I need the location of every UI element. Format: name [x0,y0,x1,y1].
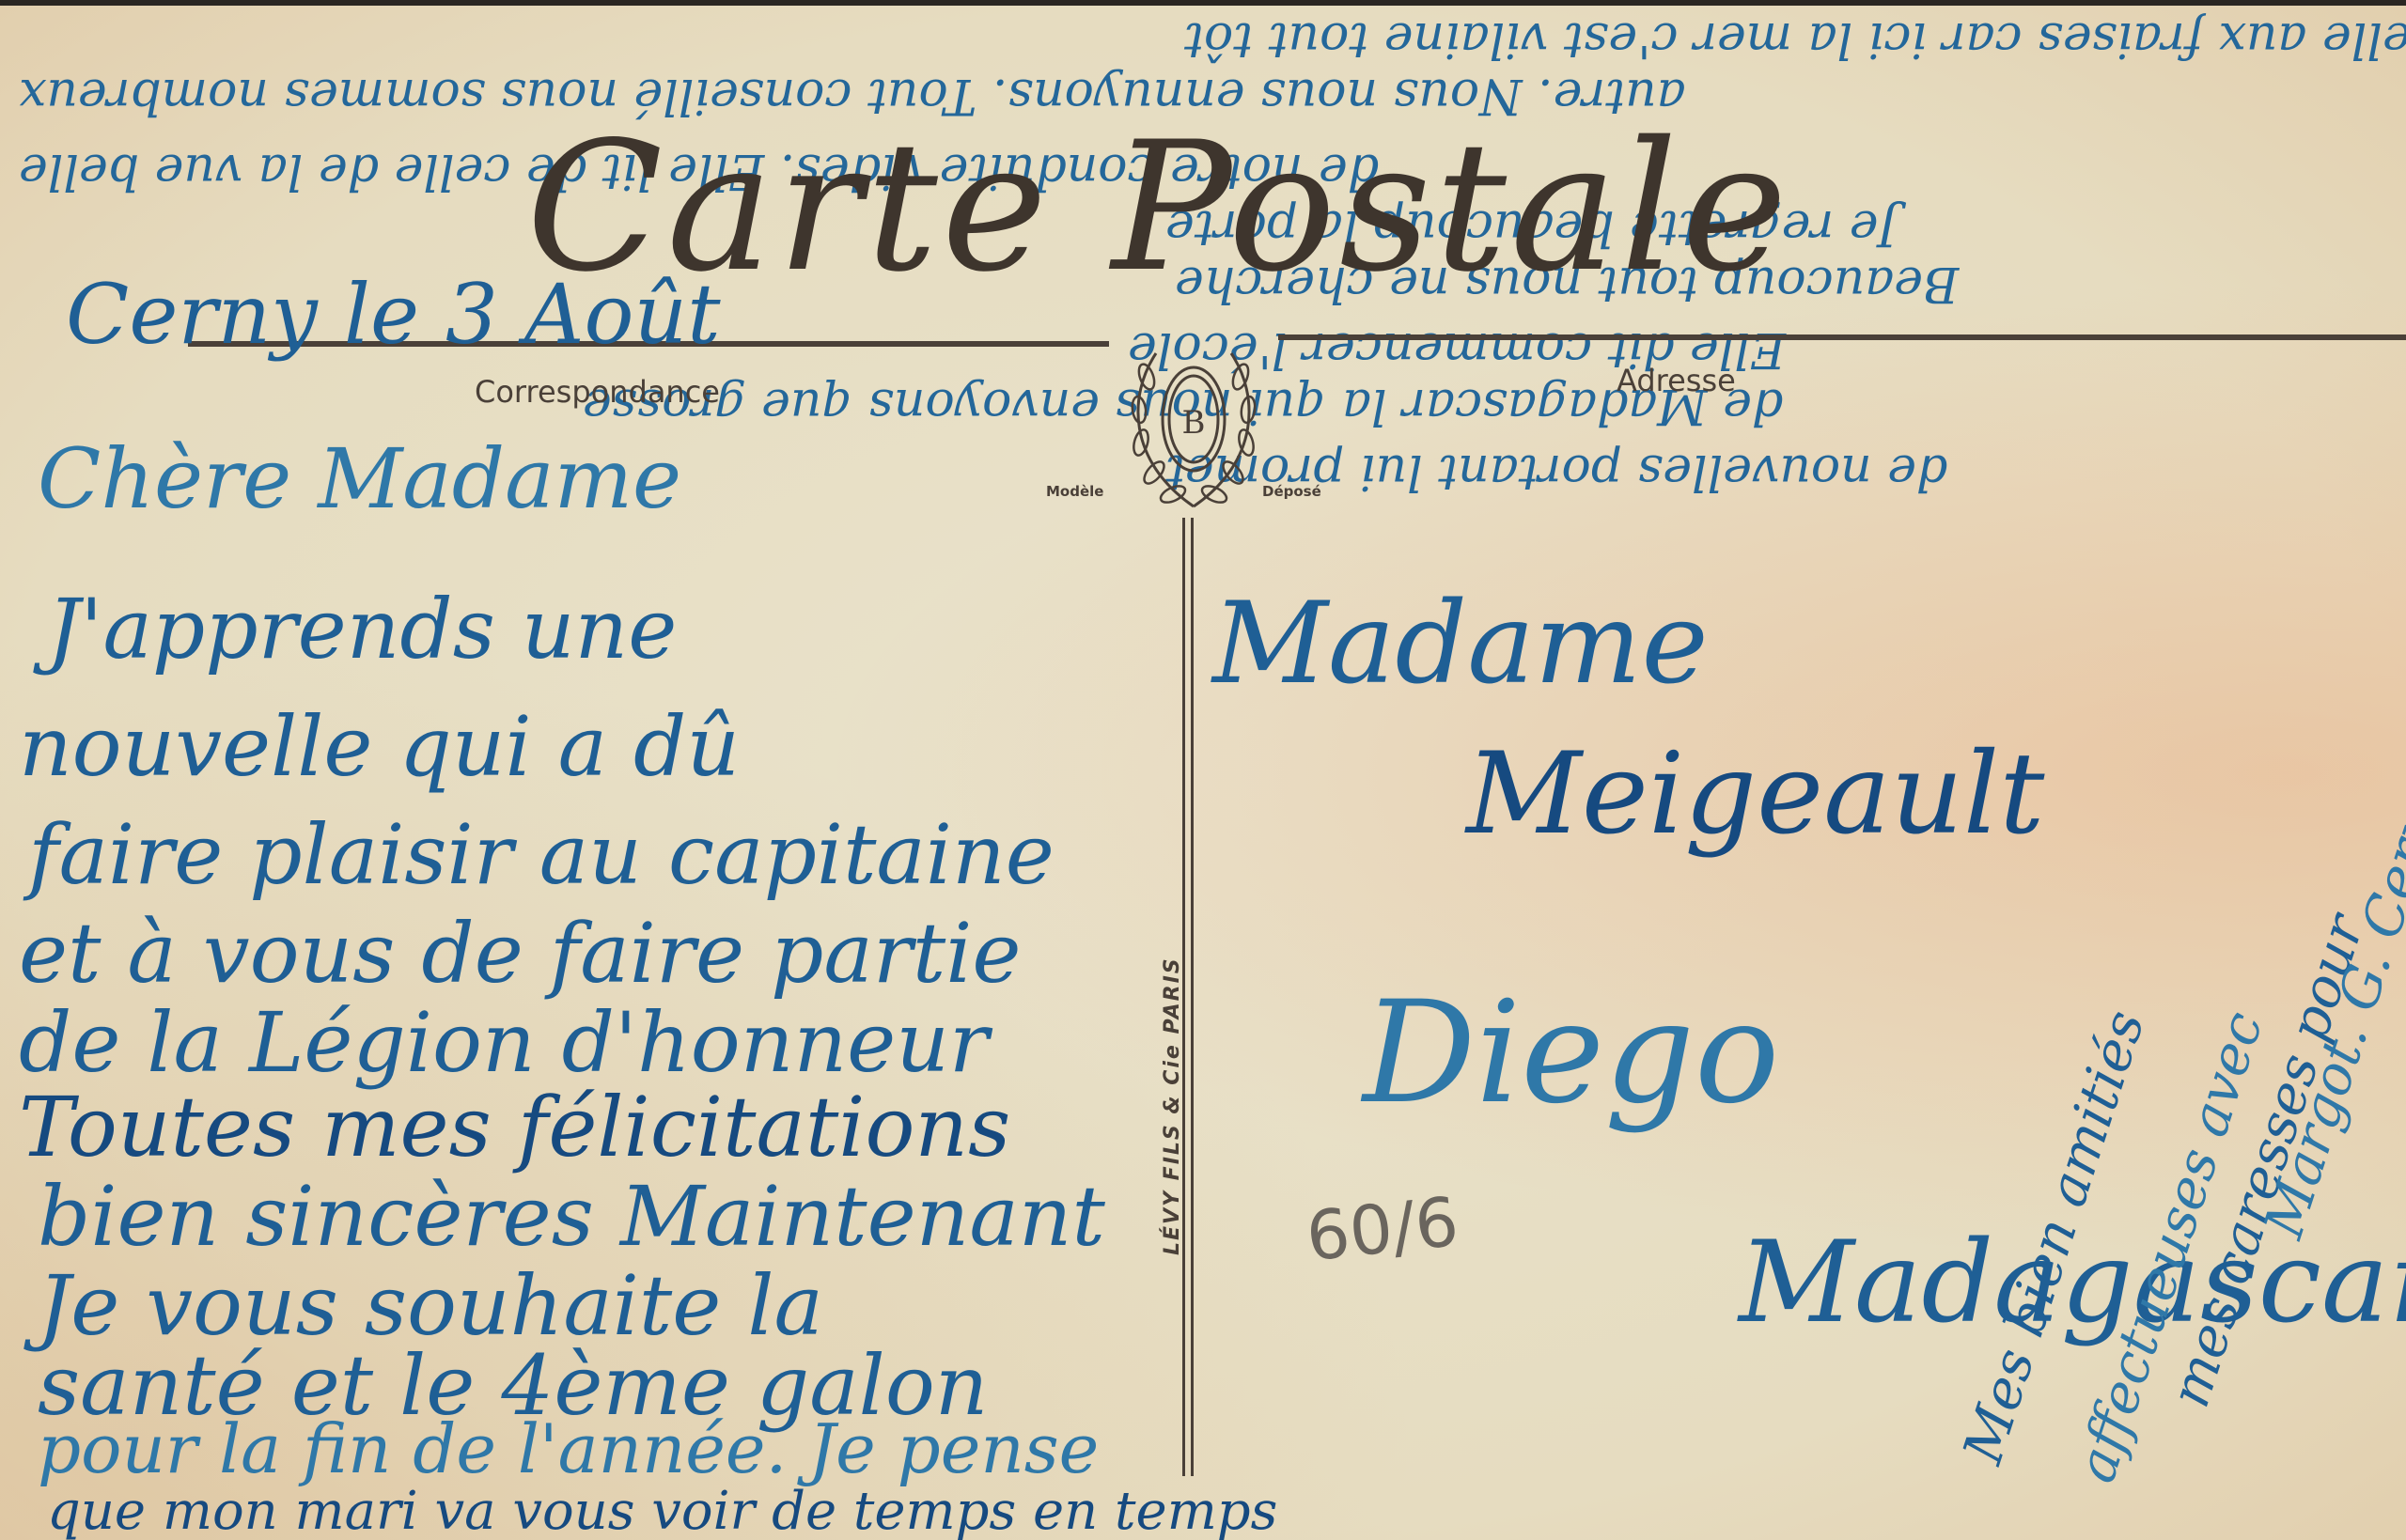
letter-line: et à vous de faire partie [19,912,1021,995]
svg-text:B: B [1182,404,1206,442]
letter-line: de la Légion d'honneur [19,1002,989,1084]
postcard-back: c'la belle aux fraises car ici la mer c'… [0,6,2406,1540]
letter-salutation: Chère Madame [38,438,681,521]
printer-credit: LÉVY FILS & Cie PARIS [1161,957,1184,1255]
letter-line: Toutes mes félicitations [19,1086,1010,1169]
address-line: Madame [1212,588,1709,701]
margin-writing-line: Margot. G. Cerny [2256,770,2406,1243]
letter-line: que mon mari va vous voir de temps en te… [47,1486,1277,1538]
modele-label: Modèle [1046,483,1103,500]
letter-line: bien sincères Maintenant [38,1175,1105,1258]
letter-line: J'apprends une [47,588,677,671]
depose-label: Déposé [1262,483,1321,500]
adresse-label: Adresse [1617,363,1736,398]
right-header-rule [1278,334,2406,340]
letter-line: nouvelle qui a dû [19,706,740,788]
letter-line: faire plaisir au capitaine [28,814,1055,896]
cross-writing-line: c'la belle aux fraises car ici la mer c'… [1184,15,2406,64]
address-line: Diego [1363,983,1779,1124]
pencil-note: 60/6 [1303,1182,1462,1276]
address-line: Meigeault [1466,739,2045,851]
letter-dateline: Cerny le 3 Août [66,273,721,356]
correspondance-label: Correspondance [475,374,720,410]
letter-line: pour la fin de l'année. Je pense [38,1415,1099,1483]
letter-line: Je vous souhaite la [38,1265,823,1347]
laurel-emblem-icon: B [1118,339,1269,513]
